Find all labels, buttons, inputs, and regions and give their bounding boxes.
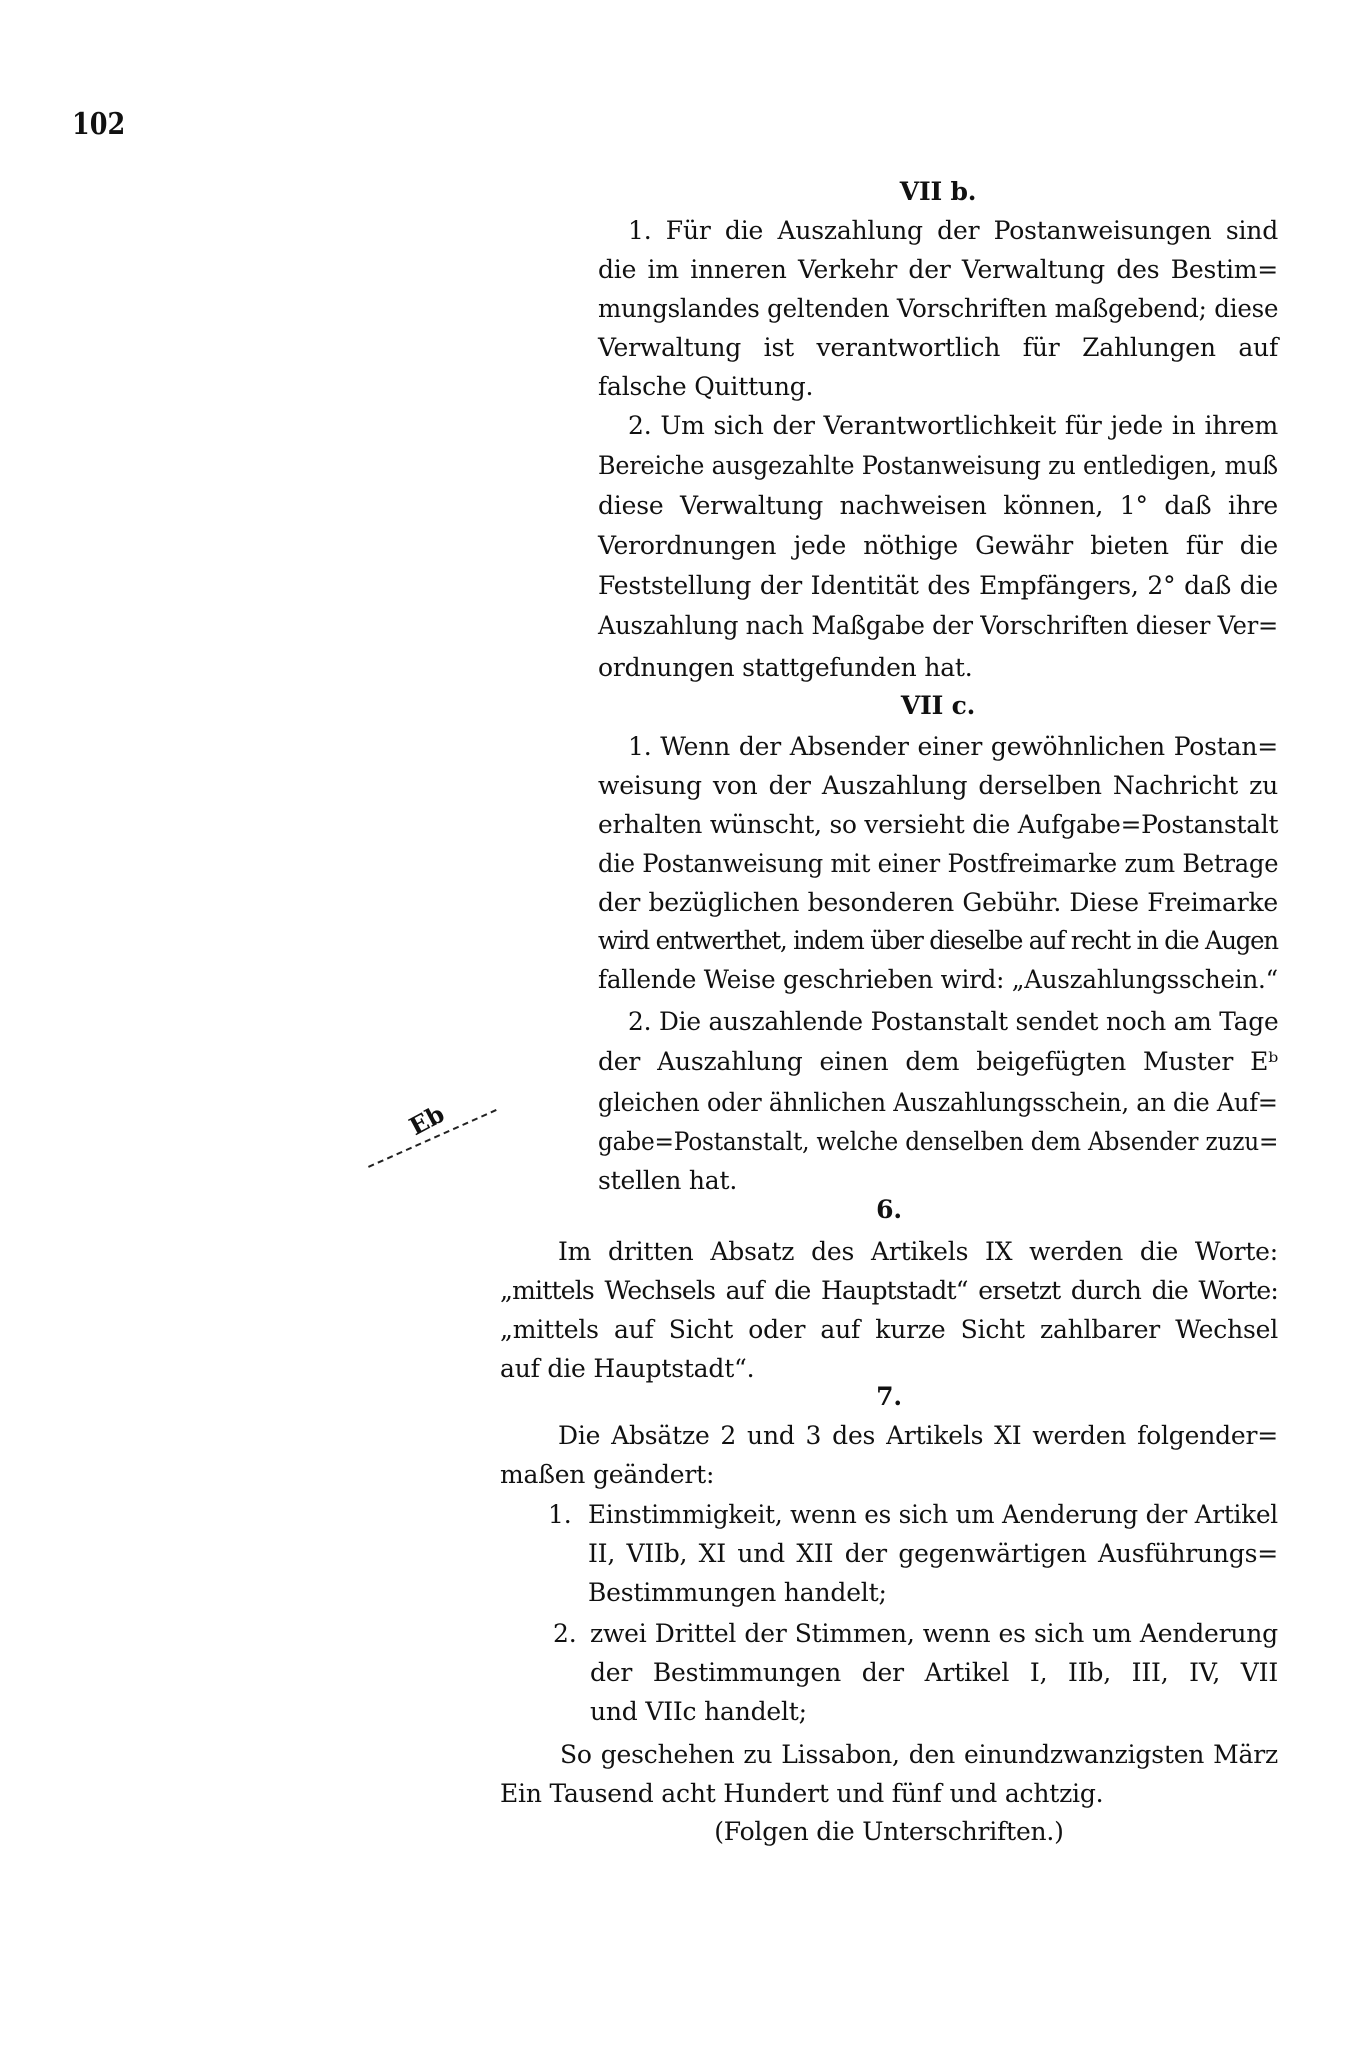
list-item-number: 1. bbox=[548, 1495, 588, 1535]
text-line: Im dritten Absatz des Artikels IX werden… bbox=[558, 1232, 1278, 1272]
list-item-line: II, VIIb, XI und XII der gegenwärtigen A… bbox=[588, 1534, 1278, 1574]
text-line: wird entwerthet, indem über dieselbe auf… bbox=[598, 921, 1259, 961]
text-line: Feststellung der Identität des Empfänger… bbox=[598, 566, 1278, 606]
list-item-line: Bestimmungen handelt; bbox=[588, 1573, 1278, 1613]
section-heading-6: 6. bbox=[500, 1190, 1278, 1230]
list-item-line: Einstimmigkeit, wenn es sich um Aenderun… bbox=[588, 1495, 1267, 1535]
text-line: gabe=Postanstalt, welche denselben dem A… bbox=[598, 1122, 1229, 1162]
text-line: die Postanweisung mit einer Postfreimark… bbox=[598, 844, 1254, 884]
text-line: Auszahlung nach Maßgabe der Vorschriften… bbox=[598, 606, 1254, 646]
text-line: 1. Wenn der Absender einer gewöhnlichen … bbox=[628, 727, 1278, 767]
text-line: ordnungen stattgefunden hat. bbox=[598, 648, 1278, 688]
text-line: „mittels auf Sicht oder auf kurze Sicht … bbox=[500, 1310, 1278, 1350]
text-line: maßen geändert: bbox=[500, 1455, 1278, 1495]
text-line: 1. Für die Auszahlung der Postanweisunge… bbox=[628, 211, 1278, 251]
text-line: die im inneren Verkehr der Verwaltung de… bbox=[598, 250, 1278, 290]
text-line: erhalten wünscht, so versieht die Aufgab… bbox=[598, 805, 1272, 845]
closing-line: So geschehen zu Lissabon, den einundzwan… bbox=[560, 1735, 1278, 1775]
text-line: gleichen oder ähnlichen Auszahlungsschei… bbox=[598, 1083, 1248, 1123]
section-heading-vii-b: VII b. bbox=[598, 172, 1278, 212]
text-line: Die Absätze 2 und 3 des Artikels XI werd… bbox=[558, 1416, 1278, 1456]
text-line: falsche Quittung. bbox=[598, 367, 1278, 407]
list-item-line: der Bestimmungen der Artikel I, IIb, III… bbox=[590, 1653, 1278, 1693]
document-page: 102 Eb VII b. 1. Für die Auszahlung der … bbox=[0, 0, 1360, 2048]
text-line: Bereiche ausgezahlte Postanweisung zu en… bbox=[598, 446, 1247, 486]
list-item-line: zwei Drittel der Stimmen, wenn es sich u… bbox=[590, 1614, 1278, 1654]
list-item-number: 2. bbox=[553, 1614, 593, 1654]
text-line: der Auszahlung einen dem beigefügten Mus… bbox=[598, 1042, 1278, 1082]
text-line: 2. Die auszahlende Postanstalt sendet no… bbox=[628, 1002, 1273, 1042]
margin-reference-eb: Eb bbox=[368, 1098, 498, 1168]
section-heading-7: 7. bbox=[500, 1377, 1278, 1417]
text-line: „mittels Wechsels auf die Hauptstadt“ er… bbox=[500, 1271, 1278, 1311]
signature-note: (Folgen die Unterschriften.) bbox=[500, 1812, 1278, 1852]
closing-line: Ein Tausend acht Hundert und fünf und ac… bbox=[500, 1774, 1278, 1814]
text-line: der bezüglichen besonderen Gebühr. Diese… bbox=[598, 883, 1278, 923]
text-line: Verwaltung ist verantwortlich für Zahlun… bbox=[598, 328, 1278, 368]
text-line: mungslandes geltenden Vorschriften maßge… bbox=[598, 289, 1263, 329]
text-line: fallende Weise geschrieben wird: „Auszah… bbox=[598, 960, 1264, 1000]
text-line: diese Verwaltung nachweisen können, 1° d… bbox=[598, 486, 1278, 526]
page-number: 102 bbox=[72, 110, 125, 140]
section-heading-vii-c: VII c. bbox=[598, 686, 1278, 726]
text-line: 2. Um sich der Verantwortlichkeit für je… bbox=[628, 406, 1278, 446]
text-line: weisung von der Auszahlung derselben Nac… bbox=[598, 766, 1278, 806]
text-line: Verordnungen jede nöthige Gewähr bieten … bbox=[598, 526, 1278, 566]
list-item-line: und VIIc handelt; bbox=[590, 1692, 1278, 1732]
